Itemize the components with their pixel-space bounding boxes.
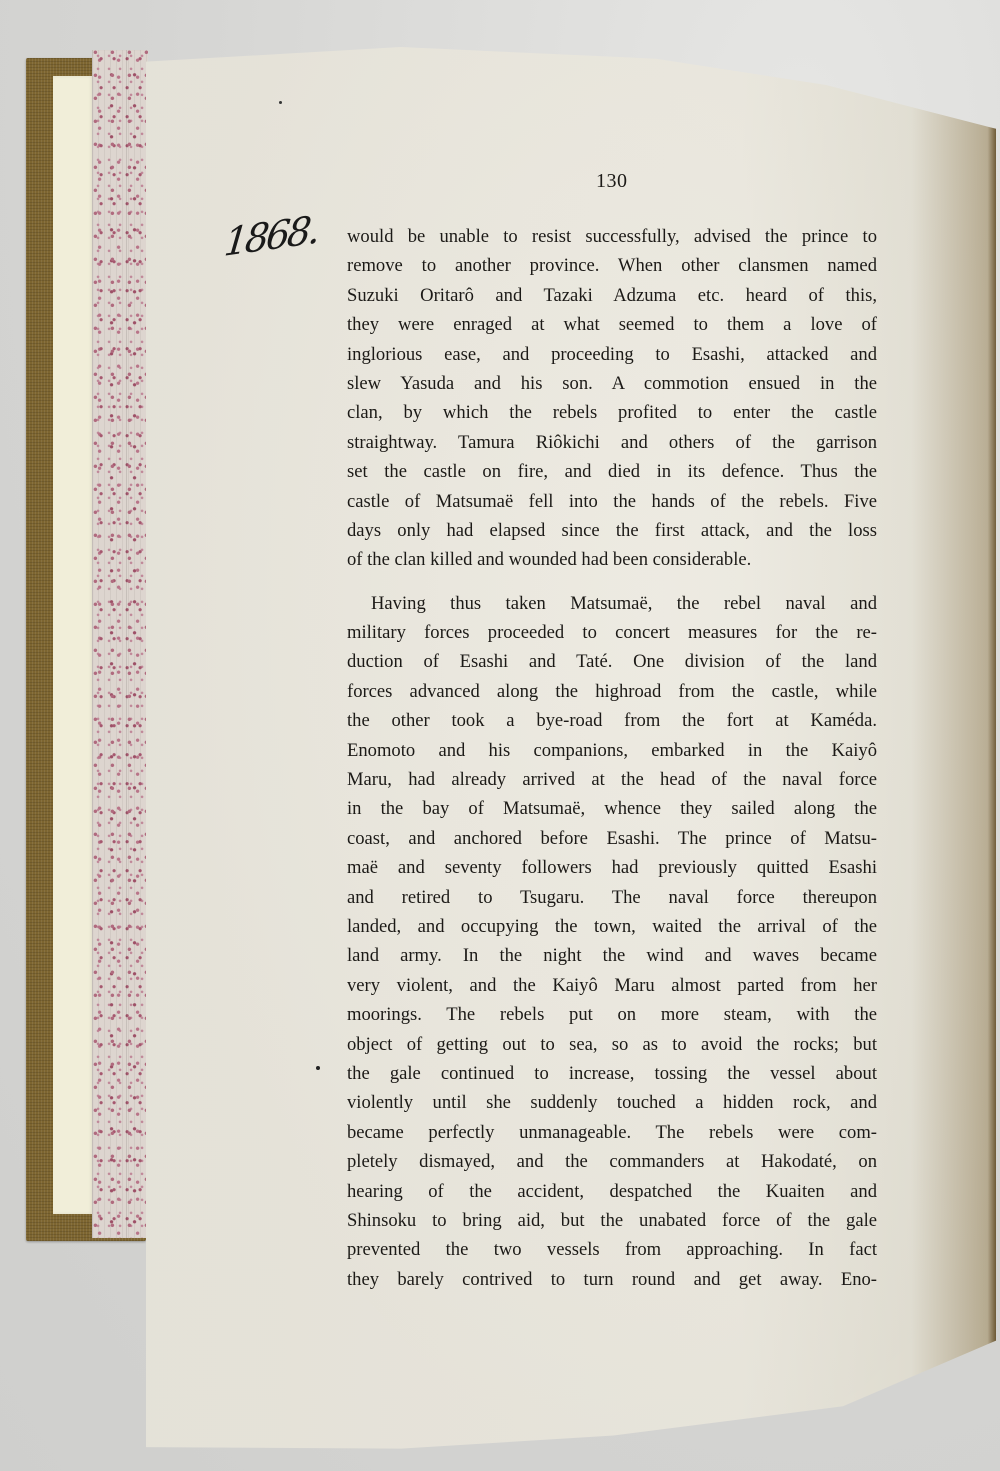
text-line: land army. In the night the wind and wav…: [347, 941, 877, 970]
text-line: moorings. The rebels put on more steam, …: [347, 1000, 877, 1029]
text-line: set the castle on fire, and died in its …: [347, 457, 877, 486]
speckled-page-edges: [92, 50, 148, 1238]
paragraph-2: Having thus taken Matsumaë, the rebel na…: [347, 589, 877, 1294]
text-line: violently until she suddenly touched a h…: [347, 1088, 877, 1117]
text-line: maë and seventy followers had previously…: [347, 853, 877, 882]
text-line: prevented the two vessels from approachi…: [347, 1235, 877, 1264]
text-line: they were enraged at what seemed to them…: [347, 310, 877, 339]
text-line: remove to another province. When other c…: [347, 251, 877, 280]
text-line: military forces proceeded to concert mea…: [347, 618, 877, 647]
text-line: object of getting out to sea, so as to a…: [347, 1030, 877, 1059]
paragraph-gap: [347, 575, 877, 589]
text-line: of the clan killed and wounded had been …: [347, 545, 877, 574]
text-line: Maru, had already arrived at the head of…: [347, 765, 877, 794]
text-line: became perfectly unmanageable. The rebel…: [347, 1118, 877, 1147]
endpaper: [53, 76, 93, 1214]
text-line: Having thus taken Matsumaë, the rebel na…: [347, 589, 877, 618]
text-line: forces advanced along the highroad from …: [347, 677, 877, 706]
text-line: the gale continued to increase, tossing …: [347, 1059, 877, 1088]
text-line: the other took a bye-road from the fort …: [347, 706, 877, 735]
text-line: castle of Matsumaë fell into the hands o…: [347, 487, 877, 516]
body-text: would be unable to resist successfully, …: [347, 222, 877, 1294]
text-line: Suzuki Oritarô and Tazaki Adzuma etc. he…: [347, 281, 877, 310]
margin-dot-mark: [316, 1066, 320, 1070]
text-line: very violent, and the Kaiyô Maru almost …: [347, 971, 877, 1000]
ink-speck: [279, 101, 282, 104]
text-line: they barely contrived to turn round and …: [347, 1265, 877, 1294]
text-line: landed, and occupying the town, waited t…: [347, 912, 877, 941]
text-line: duction of Esashi and Taté. One division…: [347, 647, 877, 676]
text-line: and retired to Tsugaru. The naval force …: [347, 883, 877, 912]
text-line: clan, by which the rebels profited to en…: [347, 398, 877, 427]
text-line: Shinsoku to bring aid, but the unabated …: [347, 1206, 877, 1235]
text-line: hearing of the accident, despatched the …: [347, 1177, 877, 1206]
text-line: days only had elapsed since the first at…: [347, 516, 877, 545]
text-line: inglorious ease, and proceeding to Esash…: [347, 340, 877, 369]
text-line: straightway. Tamura Riôkichi and others …: [347, 428, 877, 457]
text-line: slew Yasuda and his son. A commotion ens…: [347, 369, 877, 398]
text-line: in the bay of Matsumaë, whence they sail…: [347, 794, 877, 823]
text-line: pletely dismayed, and the commanders at …: [347, 1147, 877, 1176]
text-line: Enomoto and his companions, embarked in …: [347, 736, 877, 765]
paragraph-1: would be unable to resist successfully, …: [347, 222, 877, 575]
page-number: 130: [596, 170, 628, 193]
text-line: would be unable to resist successfully, …: [347, 222, 877, 251]
text-line: coast, and anchored before Esashi. The p…: [347, 824, 877, 853]
